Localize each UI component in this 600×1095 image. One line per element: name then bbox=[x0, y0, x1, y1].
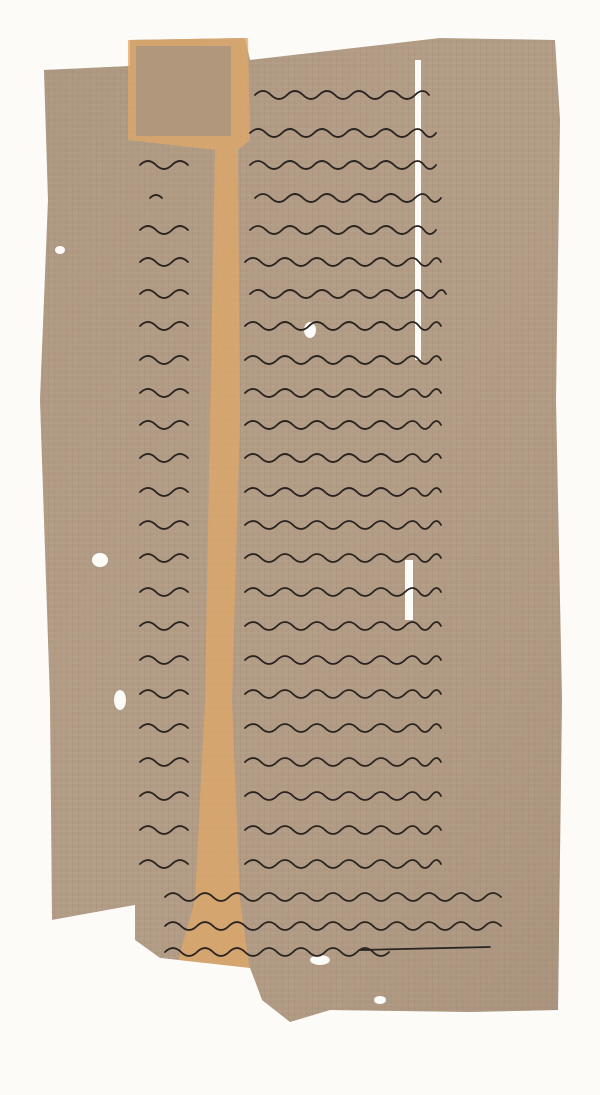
photo-stage bbox=[0, 0, 600, 1095]
papyrus-sheet bbox=[40, 38, 562, 1022]
papyrus-fragment bbox=[0, 0, 600, 1095]
